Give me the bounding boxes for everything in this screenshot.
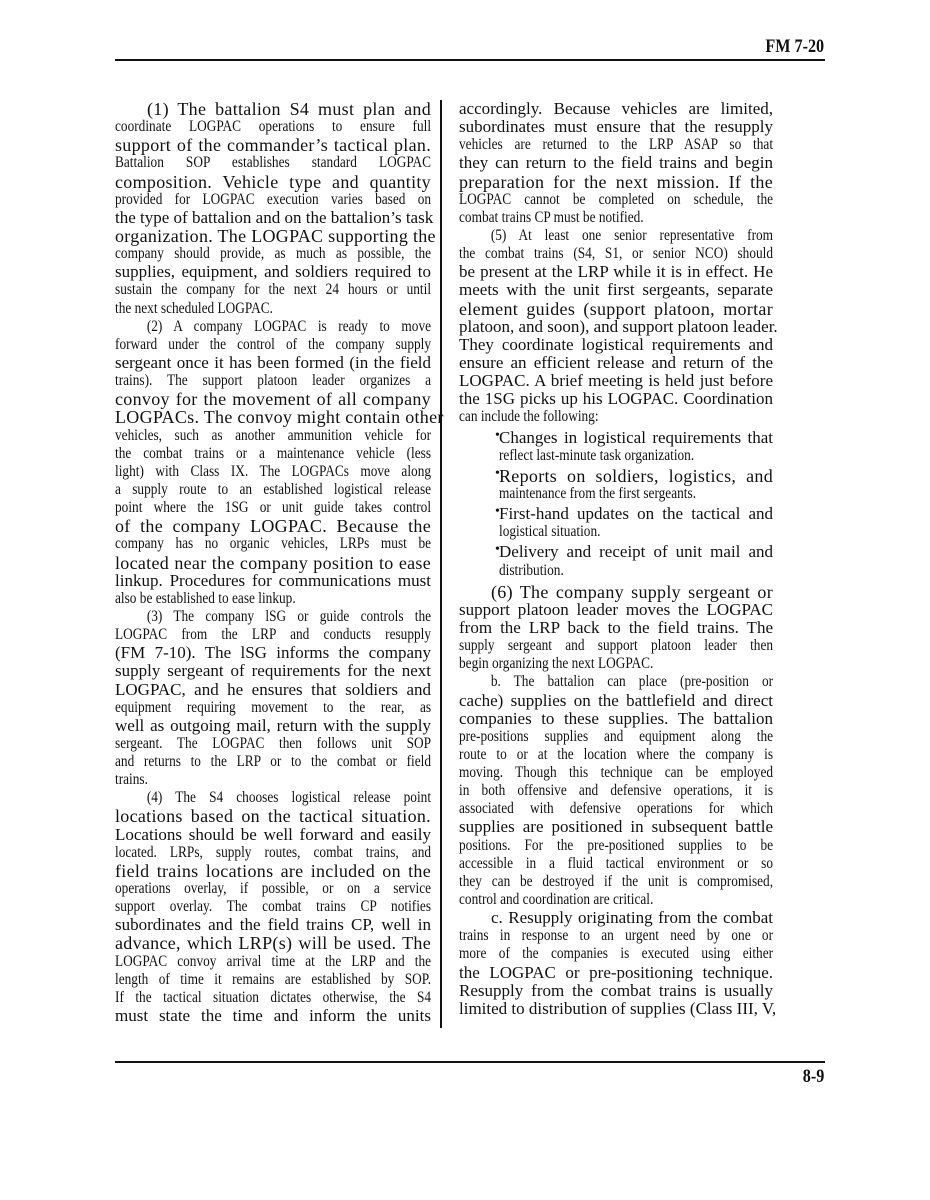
text-line: company has no organic vehicles, LRPs mu… [115,535,431,553]
text-line: control and coordination are critical. [459,891,773,909]
text-line: trains). The support platoon leader orga… [115,372,431,390]
bullet-item: •Reports on soldiers, logistics, andmain… [459,467,773,503]
text-line: (5) At least one senior representative f… [459,227,773,245]
text-line: in both offensive and defensive operatio… [459,782,773,800]
text-line: vehicles are returned to the LRP ASAP so… [459,136,773,154]
text-line: accessible in a fluid tactical environme… [459,855,773,873]
bullet-item: •First-hand updates on the tactical andl… [459,505,773,541]
text-line: length of time it remains are establishe… [115,971,431,989]
text-line: Battalion SOP establishes standard LOGPA… [115,154,431,172]
header-rule [115,59,825,61]
text-line: company should provide, as much as possi… [115,245,431,263]
text-line: light) with Class IX. The LOGPACs move a… [115,463,431,481]
text-line: the combat trains or a maintenance vehic… [115,445,431,463]
text-line: combat trains CP must be notified. [459,209,773,227]
text-line: they can be destroyed if the unit is com… [459,873,773,891]
text-line: logistical situation. [459,523,773,541]
text-line: organization. The LOGPAC supporting the [115,227,431,245]
bullet-icon: • [495,427,500,445]
text-line: associated with defensive operations for… [459,800,773,818]
bullet-item: •Changes in logistical requirements that… [459,429,773,465]
text-line: Resupply from the combat trains is usual… [459,982,773,1000]
text-line: equipment requiring movement to the rear… [115,699,431,717]
text-line: preparation for the next mission. If the [459,173,773,191]
text-line: advance, which LRP(s) will be used. The [115,934,431,952]
text-line: sustain the company for the next 24 hour… [115,281,431,299]
text-line: support of the commander’s tactical plan… [115,136,431,154]
text-line: If the tactical situation dictates other… [115,989,431,1007]
left-column: (1) The battalion S4 must plan andcoordi… [115,100,431,1025]
text-line: begin organizing the next LOGPAC. [459,655,773,673]
text-line: (4) The S4 chooses logistical release po… [115,789,431,807]
text-line: forward under the control of the company… [115,336,431,354]
text-line: locations based on the tactical situatio… [115,807,431,825]
bullet-icon: • [495,541,500,559]
text-line: point where the 1SG or unit guide takes … [115,499,431,517]
text-line: also be established to ease linkup. [115,590,431,608]
text-line: located. LRPs, supply routes, combat tra… [115,844,431,862]
text-line: (2) A company LOGPAC is ready to move [115,318,431,336]
text-line: subordinates must ensure that the resupp… [459,118,773,136]
text-line: b. The battalion can place (pre-position… [459,673,773,691]
text-line: sergeant. The LOGPAC then follows unit S… [115,735,431,753]
text-line: c. Resupply originating from the combat [459,909,773,927]
text-line: more of the companies is executed using … [459,945,773,963]
text-line: supplies, equipment, and soldiers requir… [115,263,431,281]
text-line: platoon, and soon), and support platoon … [459,318,773,336]
text-line: the LOGPAC or pre-positioning technique. [459,964,773,982]
text-line: sergeant once it has been formed (in the… [115,354,431,372]
text-line: companies to these supplies. The battali… [459,710,773,728]
text-line: the next scheduled LOGPAC. [115,300,431,318]
text-line: ensure an efficient release and return o… [459,354,773,372]
text-line: positions. For the pre-positioned suppli… [459,837,773,855]
text-line: element guides (support platoon, mortar [459,300,773,318]
text-line: located near the company position to eas… [115,554,431,572]
text-line: well as outgoing mail, return with the s… [115,717,431,735]
text-line: from the LRP back to the field trains. T… [459,619,773,637]
text-line: LOGPAC cannot be completed on schedule, … [459,191,773,209]
column-divider [440,100,442,1028]
text-line: (6) The company supply sergeant or [459,583,773,601]
right-column: accordingly. Because vehicles are limite… [459,100,773,1018]
text-line: (FM 7-10). The lSG informs the company [115,644,431,662]
text-line: coordinate LOGPAC operations to ensure f… [115,118,431,136]
text-line: composition. Vehicle type and quantity [115,173,431,191]
text-line: Locations should be well forward and eas… [115,826,431,844]
text-line: cache) supplies on the battlefield and d… [459,692,773,710]
text-line: pre-positions supplies and equipment alo… [459,728,773,746]
text-line: LOGPACs. The convoy might contain other [115,408,431,426]
text-line: Changes in logistical requirements that [459,429,773,447]
text-line: trains in response to an urgent need by … [459,927,773,945]
text-line: they can return to the field trains and … [459,154,773,172]
text-line: LOGPAC from the LRP and conducts resuppl… [115,626,431,644]
text-line: linkup. Procedures for communications mu… [115,572,431,590]
text-line: trains. [115,771,431,789]
text-line: supply sergeant and support platoon lead… [459,637,773,655]
bullet-icon: • [495,465,500,483]
text-line: vehicles, such as another ammunition veh… [115,427,431,445]
text-line: convoy for the movement of all company [115,390,431,408]
manual-id: FM 7-20 [765,36,824,58]
bullet-icon: • [495,503,500,521]
bullet-item: •Delivery and receipt of unit mail anddi… [459,543,773,579]
text-line: distribution. [459,562,773,580]
text-line: accordingly. Because vehicles are limite… [459,100,773,118]
text-line: supplies are positioned in subsequent ba… [459,818,773,836]
text-line: limited to distribution of supplies (Cla… [459,1000,773,1018]
text-line: be present at the LRP while it is in eff… [459,263,773,281]
page-number: 8-9 [802,1066,824,1088]
text-line: the combat trains (S4, S1, or senior NCO… [459,245,773,263]
text-line: and returns to the LRP or to the combat … [115,753,431,771]
text-line: They coordinate logistical requirements … [459,336,773,354]
text-line: Delivery and receipt of unit mail and [459,543,773,561]
text-line: must state the time and inform the units [115,1007,431,1025]
text-line: LOGPAC. A brief meeting is held just bef… [459,372,773,390]
text-line: subordinates and the field trains CP, we… [115,916,431,934]
text-line: route to or at the location where the co… [459,746,773,764]
text-line: meets with the unit first sergeants, sep… [459,281,773,299]
footer-rule [115,1061,825,1063]
text-line: First-hand updates on the tactical and [459,505,773,523]
text-line: (1) The battalion S4 must plan and [115,100,431,118]
text-line: operations overlay, if possible, or on a… [115,880,431,898]
text-line: supply sergeant of requirements for the … [115,662,431,680]
text-line: a supply route to an established logisti… [115,481,431,499]
text-line: reflect last-minute task organization. [459,447,773,465]
text-line: Reports on soldiers, logistics, and [459,467,773,485]
text-line: can include the following: [459,408,773,426]
text-line: moving. Though this technique can be emp… [459,764,773,782]
text-line: of the company LOGPAC. Because the [115,517,431,535]
text-line: maintenance from the first sergeants. [459,485,773,503]
text-line: the type of battalion and on the battali… [115,209,431,227]
text-line: field trains locations are included on t… [115,862,431,880]
text-line: support overlay. The combat trains CP no… [115,898,431,916]
text-line: provided for LOGPAC execution varies bas… [115,191,431,209]
text-line: LOGPAC convoy arrival time at the LRP an… [115,953,431,971]
text-line: (3) The company lSG or guide controls th… [115,608,431,626]
text-line: support platoon leader moves the LOGPAC [459,601,773,619]
text-line: the 1SG picks up his LOGPAC. Coordinatio… [459,390,773,408]
text-line: LOGPAC, and he ensures that soldiers and [115,681,431,699]
